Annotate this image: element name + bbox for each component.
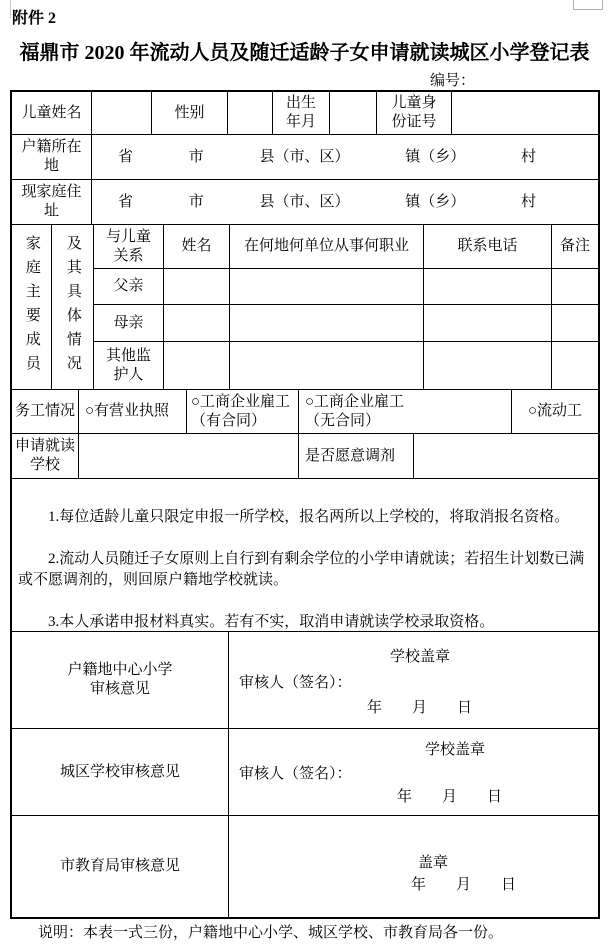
audit2-date: 年 月 日 — [397, 788, 502, 807]
audit1-content-cell: 学校盖章 审核人（签名）： 年 月 日 — [229, 632, 598, 729]
row-apply-school: 申请就读 学校 是否愿意调剂 — [12, 434, 598, 479]
audit2-content-cell: 学校盖章 审核人（签名）： 年 月 日 — [229, 729, 598, 816]
work-situation-label: 务工情况 — [12, 390, 79, 434]
audit3-label: 市教育局审核意见 — [12, 816, 229, 917]
name-header: 姓名 — [164, 225, 230, 269]
region-village-label: 村 — [521, 193, 536, 212]
page-margin-mark — [10, 0, 11, 18]
registered-residence-value-cell: 省 市 县（市、区） 镇（乡） 村 — [92, 135, 598, 180]
option-employee-with-contract: ○工商企业雇工 （有合同） — [187, 390, 299, 434]
mother-phone-cell — [424, 305, 552, 342]
region-town-label: 镇（乡） — [405, 193, 465, 212]
row-child-info: 儿童姓名 性别 出生 年月 儿童身 份证号 — [12, 92, 598, 135]
region-county-label: 县（市、区） — [259, 193, 349, 212]
footer-instruction: 说明：本表一式三份，户籍地中心小学、城区学校、市教育局各一份。 — [38, 921, 503, 942]
father-label: 父亲 — [94, 269, 164, 305]
current-address-label: 现家庭住 址 — [12, 180, 92, 225]
willing-adjust-label: 是否愿意调剂 — [299, 434, 414, 479]
row-work-situation: 务工情况 ○有营业执照 ○工商企业雇工 （有合同） ○工商企业雇工 （无合同） … — [12, 390, 598, 434]
family-row-father: 父亲 — [94, 269, 598, 305]
serial-number-label: 编号： — [430, 69, 475, 90]
option-employee-without-contract: ○工商企业雇工 （无合同） — [299, 390, 512, 434]
region-city-label: 市 — [189, 148, 204, 167]
guardian-phone-cell — [424, 342, 552, 390]
row-registered-residence: 户籍所在 地 省 市 县（市、区） 镇（乡） 村 — [12, 135, 598, 180]
registration-form-table: 儿童姓名 性别 出生 年月 儿童身 份证号 户籍所在 地 省 市 县（市、区） … — [10, 90, 600, 919]
phone-header: 联系电话 — [424, 225, 552, 269]
registered-residence-label: 户籍所在 地 — [12, 135, 92, 180]
gender-value-cell — [228, 92, 273, 135]
option-business-license: ○有营业执照 — [79, 390, 187, 434]
apply-school-value-cell — [79, 434, 299, 479]
audit2-school-seal-label: 学校盖章 — [425, 741, 485, 760]
father-remark-cell — [552, 269, 598, 305]
row-current-address: 现家庭住 址 省 市 县（市、区） 镇（乡） 村 — [12, 180, 598, 225]
birth-label: 出生 年月 — [273, 92, 330, 135]
region-county-label: 县（市、区） — [259, 148, 349, 167]
father-job-cell — [230, 269, 424, 305]
audit2-label: 城区学校审核意见 — [12, 729, 229, 816]
mother-job-cell — [230, 305, 424, 342]
father-name-cell — [164, 269, 230, 305]
child-name-label: 儿童姓名 — [12, 92, 92, 135]
willing-adjust-value-cell — [414, 434, 598, 479]
guardian-remark-cell — [552, 342, 598, 390]
family-row-mother: 母亲 — [94, 305, 598, 342]
row-audit-registered-school: 户籍地中心小学 审核意见 学校盖章 审核人（签名）： 年 月 日 — [12, 632, 598, 729]
family-row-guardian: 其他监 护人 — [94, 342, 598, 390]
family-header-row: 与儿童 关系 姓名 在何地何单位从事何职业 联系电话 备注 — [94, 225, 598, 269]
current-address-value-cell: 省 市 县（市、区） 镇（乡） 村 — [92, 180, 598, 225]
region-province-label: 省 — [118, 148, 133, 167]
row-audit-urban-school: 城区学校审核意见 学校盖章 审核人（签名）： 年 月 日 — [12, 729, 598, 816]
mother-label: 母亲 — [94, 305, 164, 342]
page-title: 福鼎市 2020 年流动人员及随迁适龄子女申请就读城区小学登记表 — [0, 36, 609, 65]
family-members-grid: 与儿童 关系 姓名 在何地何单位从事何职业 联系电话 备注 父亲 母亲 — [94, 225, 598, 390]
guardian-job-cell — [230, 342, 424, 390]
row-audit-education-bureau: 市教育局审核意见 盖章 年 月 日 — [12, 816, 598, 917]
document-page: 附件 2 福鼎市 2020 年流动人员及随迁适龄子女申请就读城区小学登记表 编号… — [0, 0, 609, 946]
job-header: 在何地何单位从事何职业 — [230, 225, 424, 269]
family-group-label-main: 家庭主要成员 — [12, 225, 52, 390]
attachment-label: 附件 2 — [12, 5, 56, 28]
audit3-seal-label: 盖章 — [418, 854, 448, 873]
audit3-date: 年 月 日 — [411, 876, 516, 895]
region-province-label: 省 — [118, 193, 133, 212]
guardian-label: 其他监 护人 — [94, 342, 164, 390]
relation-header: 与儿童 关系 — [94, 225, 164, 269]
audit1-label: 户籍地中心小学 审核意见 — [12, 632, 229, 729]
id-number-label: 儿童身 份证号 — [377, 92, 452, 135]
audit3-content-cell: 盖章 年 月 日 — [229, 816, 598, 917]
note-line-2: 2.流动人员随迁子女原则上自行到有剩余学位的小学申请就读；若招生计划数已满或不愿… — [18, 549, 592, 591]
note-line-1: 1.每位适龄儿童只限定申报一所学校，报名两所以上学校的，将取消报名资格。 — [18, 507, 592, 528]
audit1-school-seal-label: 学校盖章 — [390, 648, 450, 667]
father-phone-cell — [424, 269, 552, 305]
apply-school-label: 申请就读 学校 — [12, 434, 79, 479]
birth-value-cell — [330, 92, 377, 135]
audit1-date: 年 月 日 — [367, 699, 472, 718]
region-city-label: 市 — [189, 193, 204, 212]
option-mobile-worker: ○流动工 — [512, 390, 598, 434]
child-name-value-cell — [92, 92, 152, 135]
row-notes: 1.每位适龄儿童只限定申报一所学校，报名两所以上学校的，将取消报名资格。 2.流… — [12, 479, 598, 632]
mother-name-cell — [164, 305, 230, 342]
id-number-value-cell — [452, 92, 598, 135]
audit1-reviewer-sign-label: 审核人（签名）： — [239, 674, 352, 693]
remark-header: 备注 — [552, 225, 598, 269]
family-group-label-detail: 及其具体情况 — [52, 225, 94, 390]
scrollbar-fragment — [573, 0, 603, 10]
gender-label: 性别 — [152, 92, 228, 135]
guardian-name-cell — [164, 342, 230, 390]
region-town-label: 镇（乡） — [405, 148, 465, 167]
mother-remark-cell — [552, 305, 598, 342]
audit2-reviewer-sign-label: 审核人（签名）： — [239, 765, 352, 784]
region-village-label: 村 — [521, 148, 536, 167]
family-members-block: 家庭主要成员 及其具体情况 与儿童 关系 姓名 在何地何单位从事何职业 联系电话… — [12, 225, 598, 390]
notes-cell: 1.每位适龄儿童只限定申报一所学校，报名两所以上学校的，将取消报名资格。 2.流… — [12, 479, 598, 632]
note-line-3: 3.本人承诺申报材料真实。若有不实，取消申请就读学校录取资格。 — [18, 612, 592, 632]
